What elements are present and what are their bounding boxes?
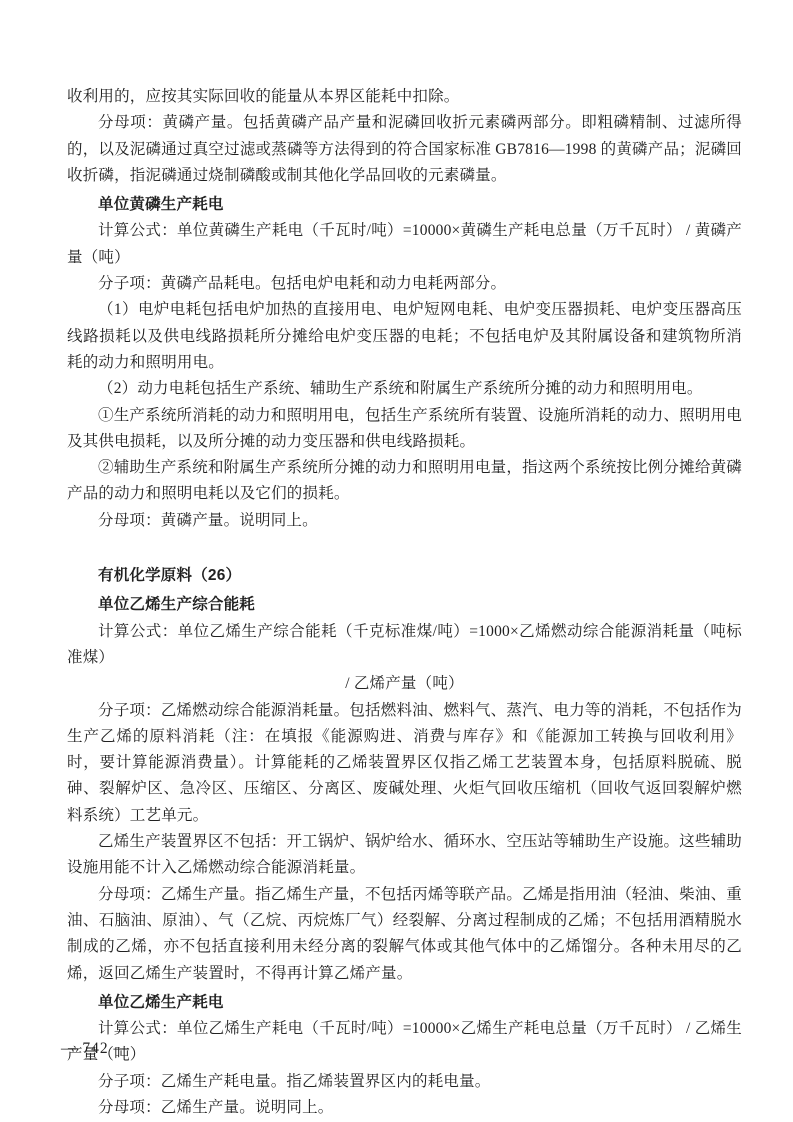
- paragraph: （2）动力电耗包括生产系统、辅助生产系统和附属生产系统所分摊的动力和照明用电。: [67, 376, 742, 402]
- paragraph: （1）电炉电耗包括电炉加热的直接用电、电炉短网电耗、电炉变压器损耗、电炉变压器高…: [67, 297, 742, 376]
- paragraph: 分子项：黄磷产品耗电。包括电炉电耗和动力电耗两部分。: [67, 271, 742, 297]
- page-number: — 742 —: [61, 1036, 130, 1062]
- paragraph: 分子项：乙烯生产耗电量。指乙烯装置界区内的耗电量。: [67, 1069, 742, 1095]
- formula-continuation: / 乙烯产量（吨）: [67, 671, 742, 697]
- paragraph: 分母项：乙烯生产量。说明同上。: [67, 1095, 742, 1121]
- paragraph: 乙烯生产装置界区不包括：开工锅炉、锅炉给水、循环水、空压站等辅助生产设施。这些辅…: [67, 829, 742, 882]
- section-heading: 有机化学原料（26）: [67, 563, 742, 589]
- paragraph: 分子项：乙烯燃动综合能源消耗量。包括燃料油、燃料气、蒸汽、电力等的消耗，不包括作…: [67, 698, 742, 829]
- indicator-heading: 单位黄磷生产耗电: [67, 192, 742, 218]
- formula-line: 计算公式：单位乙烯生产耗电（千瓦时/吨）=10000×乙烯生产耗电总量（万千瓦时…: [67, 1016, 742, 1069]
- blank-line: [67, 534, 742, 560]
- formula-line: 计算公式：单位黄磷生产耗电（千瓦时/吨）=10000×黄磷生产耗电总量（万千瓦时…: [67, 218, 742, 271]
- paragraph: 分母项：乙烯生产量。指乙烯生产量，不包括丙烯等联产品。乙烯是指用油（轻油、柴油、…: [67, 882, 742, 987]
- paragraph: ①生产系统所消耗的动力和照明用电，包括生产系统所有装置、设施所消耗的动力、照明用…: [67, 403, 742, 456]
- formula-line: 计算公式：单位乙烯生产综合能耗（千克标准煤/吨）=1000×乙烯燃动综合能源消耗…: [67, 619, 742, 672]
- page-body: 收利用的，应按其实际回收的能量从本界区能耗中扣除。 分母项：黄磷产量。包括黄磷产…: [67, 84, 742, 1121]
- paragraph: 分母项：黄磷产量。包括黄磷产品产量和泥磷回收折元素磷两部分。即粗磷精制、过滤所得…: [67, 110, 742, 189]
- paragraph: 收利用的，应按其实际回收的能量从本界区能耗中扣除。: [67, 84, 742, 110]
- indicator-heading: 单位乙烯生产综合能耗: [67, 592, 742, 618]
- paragraph: ②辅助生产系统和附属生产系统所分摊的动力和照明用电量，指这两个系统按比例分摊给黄…: [67, 455, 742, 508]
- indicator-heading: 单位乙烯生产耗电: [67, 990, 742, 1016]
- paragraph: 分母项：黄磷产量。说明同上。: [67, 508, 742, 534]
- document-page: 收利用的，应按其实际回收的能量从本界区能耗中扣除。 分母项：黄磷产量。包括黄磷产…: [0, 0, 793, 1122]
